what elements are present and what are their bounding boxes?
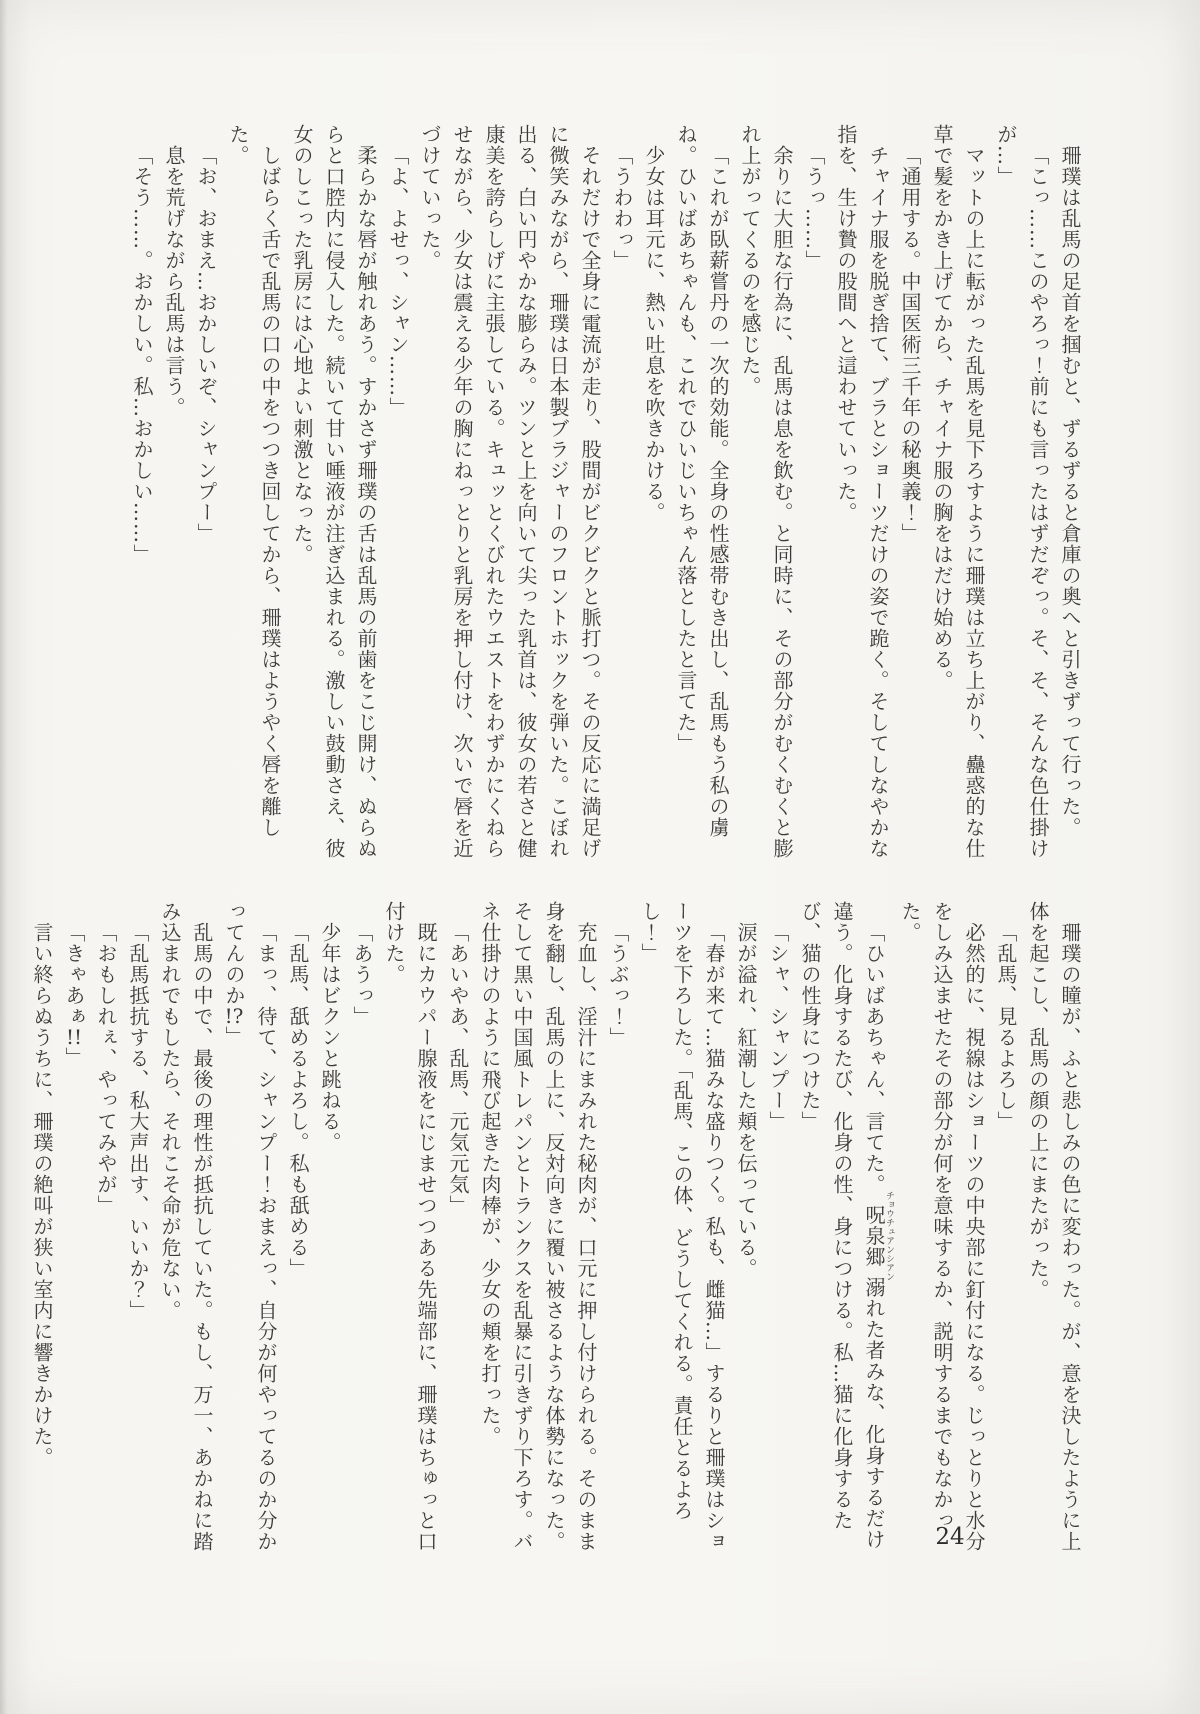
paragraph: 「これが臥薪嘗丹の一次的効能。全身の性感帯むき出し、乱馬もう私の虜ね。ひいばあち…: [670, 124, 734, 862]
tate-chu-yoko-text: !!: [62, 1027, 86, 1047]
paragraph: 「お、おまえ…おかしいぞ、シャンプー」: [190, 124, 222, 862]
paragraph: しばらく舌で乱馬の口の中をつつき回してから、珊璞はようやく唇を離した。: [222, 124, 286, 862]
paragraph: 「あうっ」: [346, 901, 378, 1561]
paragraph: 「乱馬、舐めるよろし。私も舐める」: [282, 901, 314, 1561]
paragraph: 「乱馬、見るよろし」: [990, 901, 1022, 1561]
page-number: 24: [922, 1524, 978, 1550]
paragraph: 「うっ……」: [798, 124, 830, 862]
paragraph: 余りに大胆な行為に、乱馬は息を飲む。と同時に、その部分がむくむくと膨れ上がってく…: [734, 124, 798, 862]
text-block-bottom: 珊璞の瞳が、ふと悲しみの色に変わった。が、意を決したように上体を起こし、乱馬の顔…: [26, 901, 1086, 1561]
paragraph: 「うぶっ！」: [602, 901, 634, 1561]
paragraph: 既にカウパー腺液をにじませつつある先端部に、珊璞はちゅっと口付けた。: [378, 901, 442, 1561]
paragraph: 少年はビクンと跳ねる。: [314, 901, 346, 1561]
paragraph: 涙が溢れ、紅潮した頬を伝っている。: [730, 901, 762, 1561]
paragraph: 言い終らぬうちに、珊璞の絶叫が狭い室内に響きかけた。: [26, 901, 58, 1561]
paragraph: 「まっ、待て、シャンプー！おまえっ、自分が何やってるのか分かってんのか!?」: [218, 901, 282, 1561]
paragraph: マットの上に転がった乱馬を見下ろすように珊璞は立ち上がり、蠱惑的な仕草で髪をかき…: [926, 124, 990, 862]
paragraph: 「通用する。中国医術三千年の秘奥義！」: [894, 124, 926, 862]
paragraph: 息を荒げながら乱馬は言う。: [158, 124, 190, 862]
paragraph: 必然的に、視線はショーツの中央部に釘付になる。じっとりと水分をしみ込ませたその部…: [894, 901, 990, 1561]
paragraph: 珊璞の瞳が、ふと悲しみの色に変わった。が、意を決したように上体を起こし、乱馬の顔…: [1022, 901, 1086, 1561]
paragraph: 「乱馬抵抗する、私大声出す、いいか？」: [122, 901, 154, 1561]
paragraph: 「ひいばあちゃん、言てた。呪泉郷チョウチュアンシアン溺れた者みな、化身するだけ違…: [794, 901, 894, 1561]
paragraph: 珊璞は乱馬の足首を掴むと、ずるずると倉庫の奥へと引きずって行った。: [1054, 124, 1086, 862]
paragraph: 「春が来て…猫みな盛りつく。私も、雌猫…」するりと珊璞はショーツを下ろした。「乱…: [634, 901, 730, 1561]
paragraph: 「あいやあ、乱馬、元気元気」: [442, 901, 474, 1561]
paragraph: チャイナ服を脱ぎ捨て、ブラとショーツだけの姿で跪く。そしてしなやかな指を、生け贄…: [830, 124, 894, 862]
paragraph: 「こっ……このやろっ！前にも言ったはずだぞっ。そ、そ、そんな色仕掛けが…」: [990, 124, 1054, 862]
paragraph: 「よ、よせっ、シャン……」: [382, 124, 414, 862]
text-block-top: 珊璞は乱馬の足首を掴むと、ずるずると倉庫の奥へと引きずって行った。「こっ……この…: [126, 124, 1086, 862]
paragraph: 柔らかな唇が触れあう。すかさず珊璞の舌は乱馬の前歯をこじ開け、ぬらぬらと口腔内に…: [286, 124, 382, 862]
paragraph: それだけで全身に電流が走り、股間がビクビクと脈打つ。その反応に満足げに微笑みなが…: [414, 124, 606, 862]
paragraph: 乱馬の中で、最後の理性が抵抗していた。もし、万一、あかねに踏み込まれでもしたら、…: [154, 901, 218, 1561]
paragraph: 「おもしれぇ、やってみやが」: [90, 901, 122, 1561]
paragraph: 「うわわっ」: [606, 124, 638, 862]
tate-chu-yoko-text: !?: [222, 1006, 246, 1026]
paragraph: 充血し、淫汁にまみれた秘肉が、口元に押し付けられる。そのまま身を翻し、乱馬の上に…: [474, 901, 602, 1561]
ruby-annotated-text: 呪泉郷チョウチュアンシアン: [862, 1195, 886, 1277]
paragraph: 「シャ、シャンプー」: [762, 901, 794, 1561]
scanned-page: 珊璞は乱馬の足首を掴むと、ずるずると倉庫の奥へと引きずって行った。「こっ……この…: [0, 0, 1200, 1714]
paragraph: 「きゃあぁ!!」: [58, 901, 90, 1561]
paragraph: 「そう……。おかしい。私…おかしい……」: [126, 124, 158, 862]
paragraph: 少女は耳元に、熱い吐息を吹きかける。: [638, 124, 670, 862]
